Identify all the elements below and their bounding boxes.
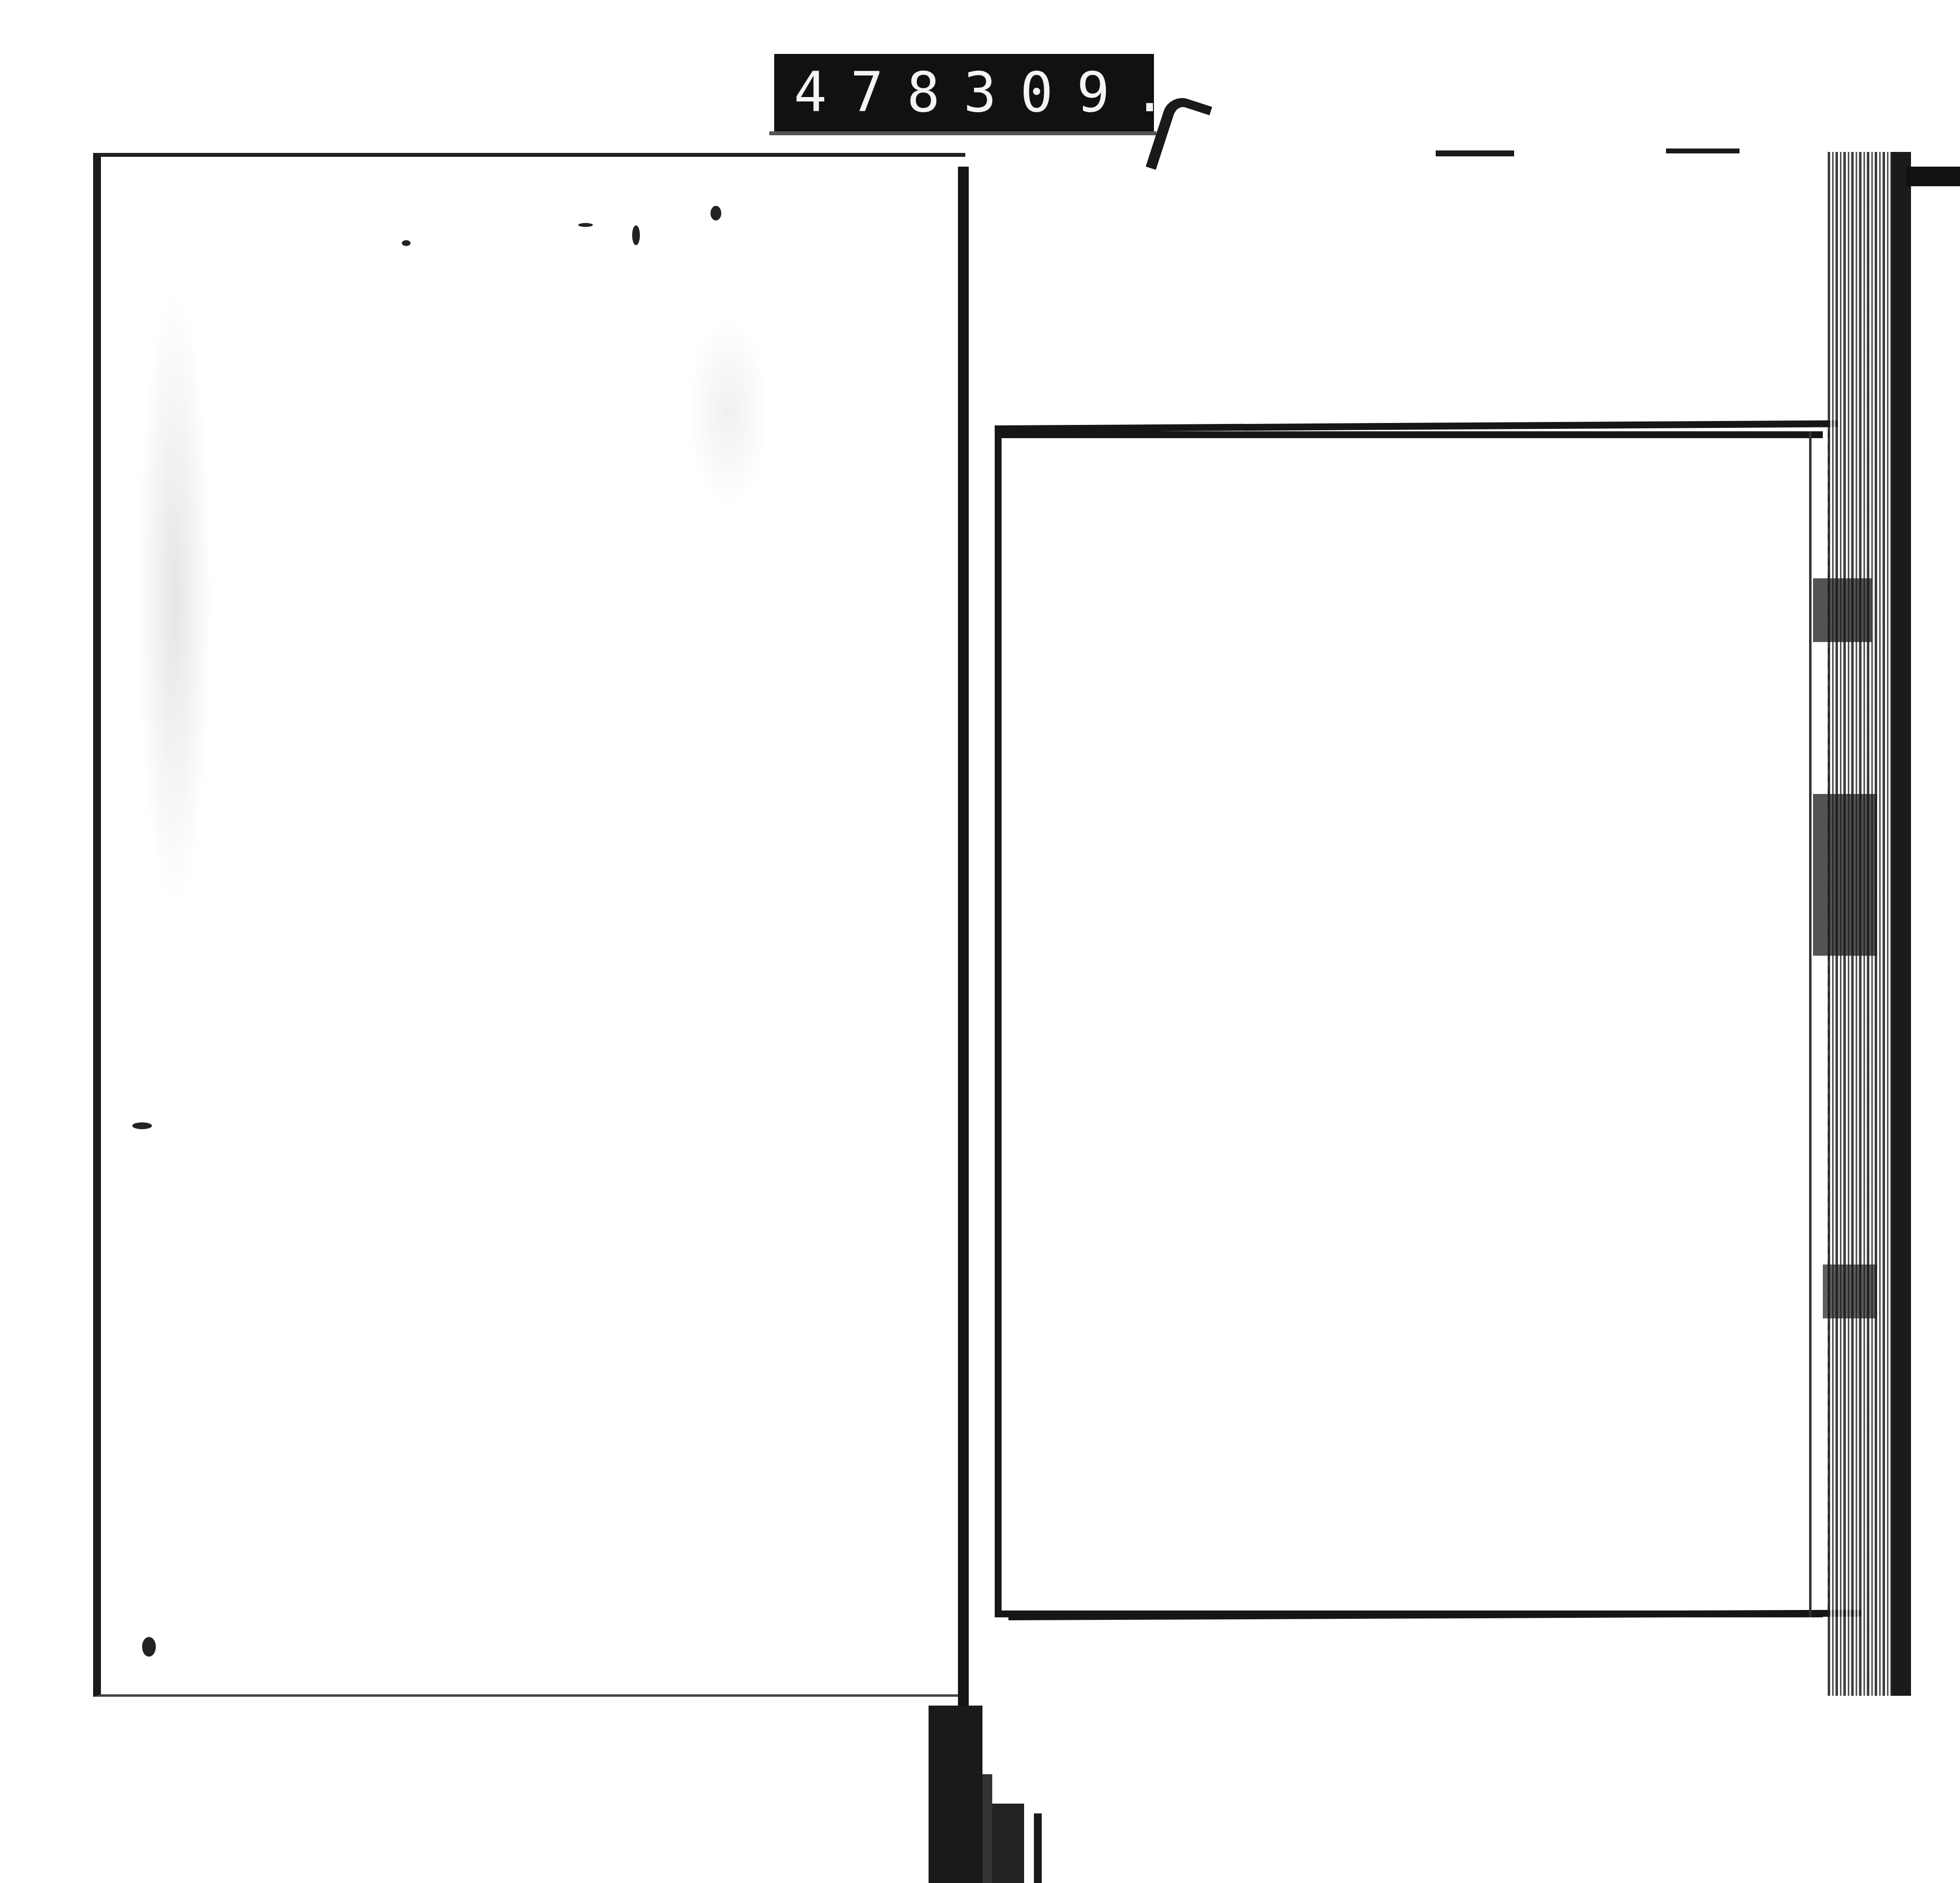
- binding-block: [982, 1774, 992, 1883]
- ink-speck: [710, 206, 721, 221]
- ink-speck: [632, 225, 640, 245]
- edge-mark: [1666, 149, 1739, 153]
- frame-number-right: 309.: [963, 61, 1190, 124]
- ink-speck: [578, 223, 593, 227]
- spine-gutter: [958, 167, 969, 1710]
- obscured-character-blob: [1813, 794, 1877, 956]
- printed-frame: [995, 431, 1823, 1617]
- ink-speck: [142, 1637, 156, 1657]
- edge-mark: [1436, 150, 1514, 156]
- ink-speck: [132, 1122, 152, 1129]
- obscured-character-blob: [1813, 578, 1872, 642]
- obscured-character-blob: [1823, 1264, 1877, 1318]
- binding-block: [992, 1804, 1024, 1883]
- label-underline: [769, 131, 1156, 135]
- frame-number-left: 478: [794, 61, 963, 124]
- left-page: [93, 153, 965, 1697]
- binding-block: [1034, 1813, 1042, 1883]
- frame-top-border: [995, 420, 1837, 432]
- book-cover-edge: [1891, 152, 1911, 1696]
- cover-tab: [1906, 167, 1960, 186]
- binding-block: [929, 1706, 982, 1883]
- frame-number-label: 478 309.: [774, 54, 1154, 131]
- ink-speck: [402, 240, 411, 246]
